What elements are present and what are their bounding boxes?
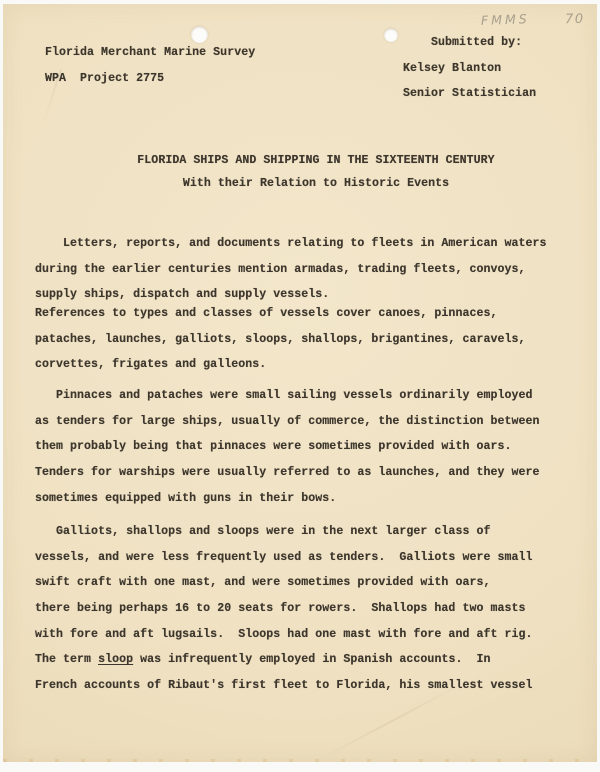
text-line: Senior Statistician [403, 88, 536, 114]
paragraph-1: Letters, reports, and documents relating… [35, 231, 547, 308]
document-subtitle: With their Relation to Historic Events [29, 172, 600, 195]
document-title: FLORIDA SHIPS AND SHIPPING IN THE SIXTEE… [29, 149, 600, 172]
text-line: sometimes equipped with guns in their bo… [35, 486, 540, 512]
paragraph-2: References to types and classes of vesse… [35, 301, 526, 378]
text-line: pataches, launches, galliots, sloops, sh… [35, 327, 526, 353]
text-line: Submitted by: [403, 37, 536, 63]
header-submitted-by: Submitted by:Kelsey BlantonSenior Statis… [403, 37, 536, 114]
text-line: vessels, and were less frequently used a… [35, 545, 533, 571]
text-line: as tenders for large ships, usually of c… [35, 409, 540, 435]
text-line: Galliots, shallops and sloops were in th… [35, 519, 533, 545]
document-page: FMMS 70 Florida Merchant Marine SurveyWP… [3, 4, 597, 762]
text-line: during the earlier centuries mention arm… [35, 257, 547, 283]
text-line: swift craft with one mast, and were some… [35, 570, 533, 596]
paragraph-3: Pinnaces and pataches were small sailing… [35, 383, 540, 511]
text-line: corvettes, frigates and galleons. [35, 352, 526, 378]
hole-punch-right-icon [384, 28, 398, 42]
text-line: French accounts of Ribaut's first fleet … [35, 673, 533, 699]
paper-bottom-edge [3, 759, 597, 762]
header-project-identification: Florida Merchant Marine SurveyWPA Projec… [45, 46, 255, 97]
text-line: WPA Project 2775 [45, 72, 255, 98]
hole-punch-left-icon [191, 26, 208, 43]
text-line: Letters, reports, and documents relating… [35, 231, 547, 257]
paragraph-4: Galliots, shallops and sloops were in th… [35, 519, 533, 699]
page-number-annotation: 70 [565, 12, 585, 27]
text-line: Florida Merchant Marine Survey [45, 46, 255, 72]
title-block: FLORIDA SHIPS AND SHIPPING IN THE SIXTEE… [3, 149, 600, 195]
text-line: References to types and classes of vesse… [35, 301, 526, 327]
text-line: The term sloop was infrequently employed… [35, 647, 533, 673]
pencil-stamp-annotation: FMMS [481, 11, 530, 28]
text-line: Tenders for warships were usually referr… [35, 460, 540, 486]
text-line: Kelsey Blanton [403, 63, 536, 89]
text-line: there being perhaps 16 to 20 seats for r… [35, 596, 533, 622]
text-line: them probably being that pinnaces were s… [35, 434, 540, 460]
text-line: with fore and aft lugsails. Sloops had o… [35, 622, 533, 648]
text-line: Pinnaces and pataches were small sailing… [35, 383, 540, 409]
